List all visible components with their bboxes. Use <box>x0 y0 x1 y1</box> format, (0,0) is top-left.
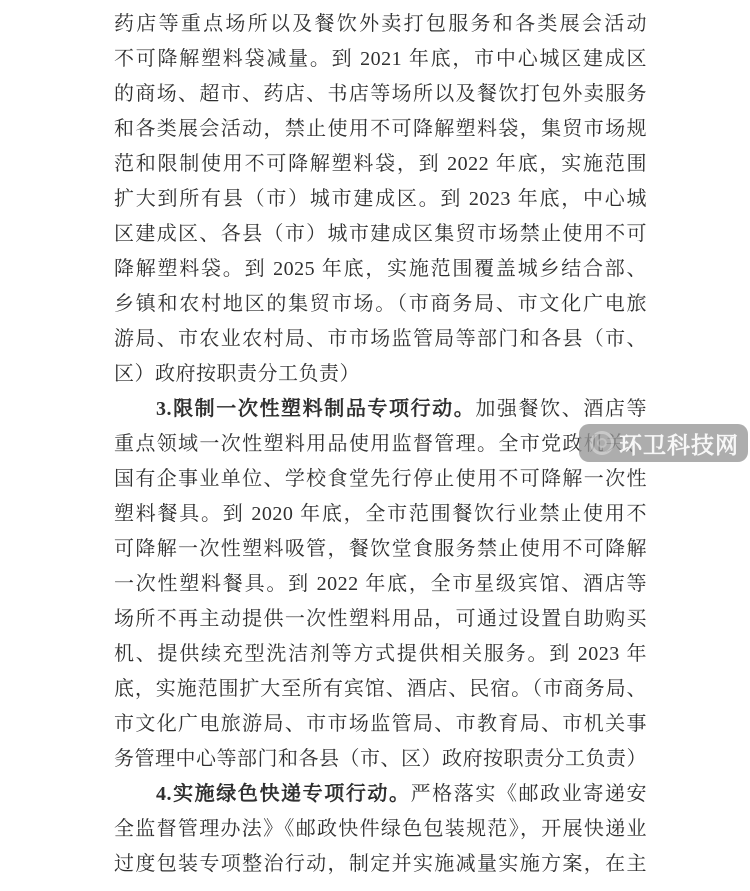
body-segment: 一次性塑料餐具。到 2022 年底，全市星级宾馆、酒店等 <box>114 573 647 595</box>
body-segment: 区建成区、各县（市）城市建成区集贸市场禁止使用不可 <box>114 223 647 245</box>
body-segment: 严格落实《邮政业寄递安 <box>411 783 647 805</box>
body-segment: 游局、市农业农村局、市市场监管局等部门和各县（市、 <box>114 328 647 350</box>
text-line: 国有企事业单位、学校食堂先行停止使用不可降解一次性 <box>114 462 647 497</box>
text-line: 游局、市农业农村局、市市场监管局等部门和各县（市、 <box>114 322 647 357</box>
text-line: 机、提供续充型洗洁剂等方式提供相关服务。到 2023 年 <box>114 637 647 672</box>
body-segment: 降解塑料袋。到 2025 年底，实施范围覆盖城乡结合部、 <box>114 258 647 280</box>
body-segment: 过度包装专项整治行动，制定并实施减量实施方案，在主 <box>114 853 647 875</box>
text-line: 不可降解塑料袋减量。到 2021 年底，市中心城区建成区 <box>114 42 647 77</box>
body-segment: 全监督管理办法》《邮政快件绿色包装规范》，开展快递业 <box>114 818 647 840</box>
body-segment: 范和限制使用不可降解塑料袋，到 2022 年底，实施范围 <box>114 153 647 175</box>
body-segment: 区）政府按职责分工负责） <box>114 363 360 385</box>
text-line: 底，实施范围扩大至所有宾馆、酒店、民宿。（市商务局、 <box>114 672 647 707</box>
text-line: 和各类展会活动，禁止使用不可降解塑料袋，集贸市场规 <box>114 112 647 147</box>
body-segment: 重点领域一次性塑料用品使用监督管理。全市党政机关、 <box>114 433 647 455</box>
circular-logo-icon <box>590 431 614 455</box>
watermark-label: 环卫科技网 <box>619 427 739 460</box>
body-segment: 底，实施范围扩大至所有宾馆、酒店、民宿。（市商务局、 <box>114 678 647 700</box>
text-line: 全监督管理办法》《邮政快件绿色包装规范》，开展快递业 <box>114 812 647 847</box>
text-line: 务管理中心等部门和各县（市、区）政府按职责分工负责） <box>114 742 647 777</box>
body-segment: 的商场、超市、药店、书店等场所以及餐饮打包外卖服务 <box>114 83 647 105</box>
heading-segment: 4.实施绿色快递专项行动。 <box>156 783 411 805</box>
body-segment: 药店等重点场所以及餐饮外卖打包服务和各类展会活动 <box>114 13 647 35</box>
text-line: 可降解一次性塑料吸管，餐饮堂食服务禁止使用不可降解 <box>114 532 647 567</box>
text-line: 场所不再主动提供一次性塑料用品，可通过设置自助购买 <box>114 602 647 637</box>
text-line: 扩大到所有县（市）城市建成区。到 2023 年底，中心城 <box>114 182 647 217</box>
body-segment: 不可降解塑料袋减量。到 2021 年底，市中心城区建成区 <box>114 48 647 70</box>
body-segment: 务管理中心等部门和各县（市、区）政府按职责分工负责） <box>114 748 647 770</box>
text-line: 市文化广电旅游局、市市场监管局、市教育局、市机关事 <box>114 707 647 742</box>
text-line: 降解塑料袋。到 2025 年底，实施范围覆盖城乡结合部、 <box>114 252 647 287</box>
body-segment: 扩大到所有县（市）城市建成区。到 2023 年底，中心城 <box>114 188 647 210</box>
text-line: 过度包装专项整治行动，制定并实施减量实施方案，在主 <box>114 847 647 882</box>
text-line: 区）政府按职责分工负责） <box>114 357 647 392</box>
body-segment: 加强餐饮、酒店等 <box>475 398 647 420</box>
text-line: 范和限制使用不可降解塑料袋，到 2022 年底，实施范围 <box>114 147 647 182</box>
body-segment: 场所不再主动提供一次性塑料用品，可通过设置自助购买 <box>114 608 647 630</box>
heading-segment: 3.限制一次性塑料制品专项行动。 <box>156 398 475 420</box>
text-line: 乡镇和农村地区的集贸市场。（市商务局、市文化广电旅 <box>114 287 647 322</box>
text-line: 区建成区、各县（市）城市建成区集贸市场禁止使用不可 <box>114 217 647 252</box>
text-line: 塑料餐具。到 2020 年底，全市范围餐饮行业禁止使用不 <box>114 497 647 532</box>
watermark-badge: 环卫科技网 <box>579 424 748 462</box>
text-line: 的商场、超市、药店、书店等场所以及餐饮打包外卖服务 <box>114 77 647 112</box>
text-line: 重点领域一次性塑料用品使用监督管理。全市党政机关、 <box>114 427 647 462</box>
body-segment: 乡镇和农村地区的集贸市场。（市商务局、市文化广电旅 <box>114 293 647 315</box>
document-page: 药店等重点场所以及餐饮外卖打包服务和各类展会活动不可降解塑料袋减量。到 2021… <box>0 0 750 891</box>
text-line: 4.实施绿色快递专项行动。严格落实《邮政业寄递安 <box>114 777 647 812</box>
text-line: 一次性塑料餐具。到 2022 年底，全市星级宾馆、酒店等 <box>114 567 647 602</box>
text-line: 药店等重点场所以及餐饮外卖打包服务和各类展会活动 <box>114 7 647 42</box>
text-line: 3.限制一次性塑料制品专项行动。加强餐饮、酒店等 <box>114 392 647 427</box>
body-segment: 塑料餐具。到 2020 年底，全市范围餐饮行业禁止使用不 <box>114 503 647 525</box>
body-segment: 国有企事业单位、学校食堂先行停止使用不可降解一次性 <box>114 468 647 490</box>
body-segment: 可降解一次性塑料吸管，餐饮堂食服务禁止使用不可降解 <box>114 538 647 560</box>
body-segment: 和各类展会活动，禁止使用不可降解塑料袋，集贸市场规 <box>114 118 647 140</box>
body-segment: 机、提供续充型洗洁剂等方式提供相关服务。到 2023 年 <box>114 643 647 665</box>
body-segment: 市文化广电旅游局、市市场监管局、市教育局、市机关事 <box>114 713 647 735</box>
document-body: 药店等重点场所以及餐饮外卖打包服务和各类展会活动不可降解塑料袋减量。到 2021… <box>114 7 647 882</box>
